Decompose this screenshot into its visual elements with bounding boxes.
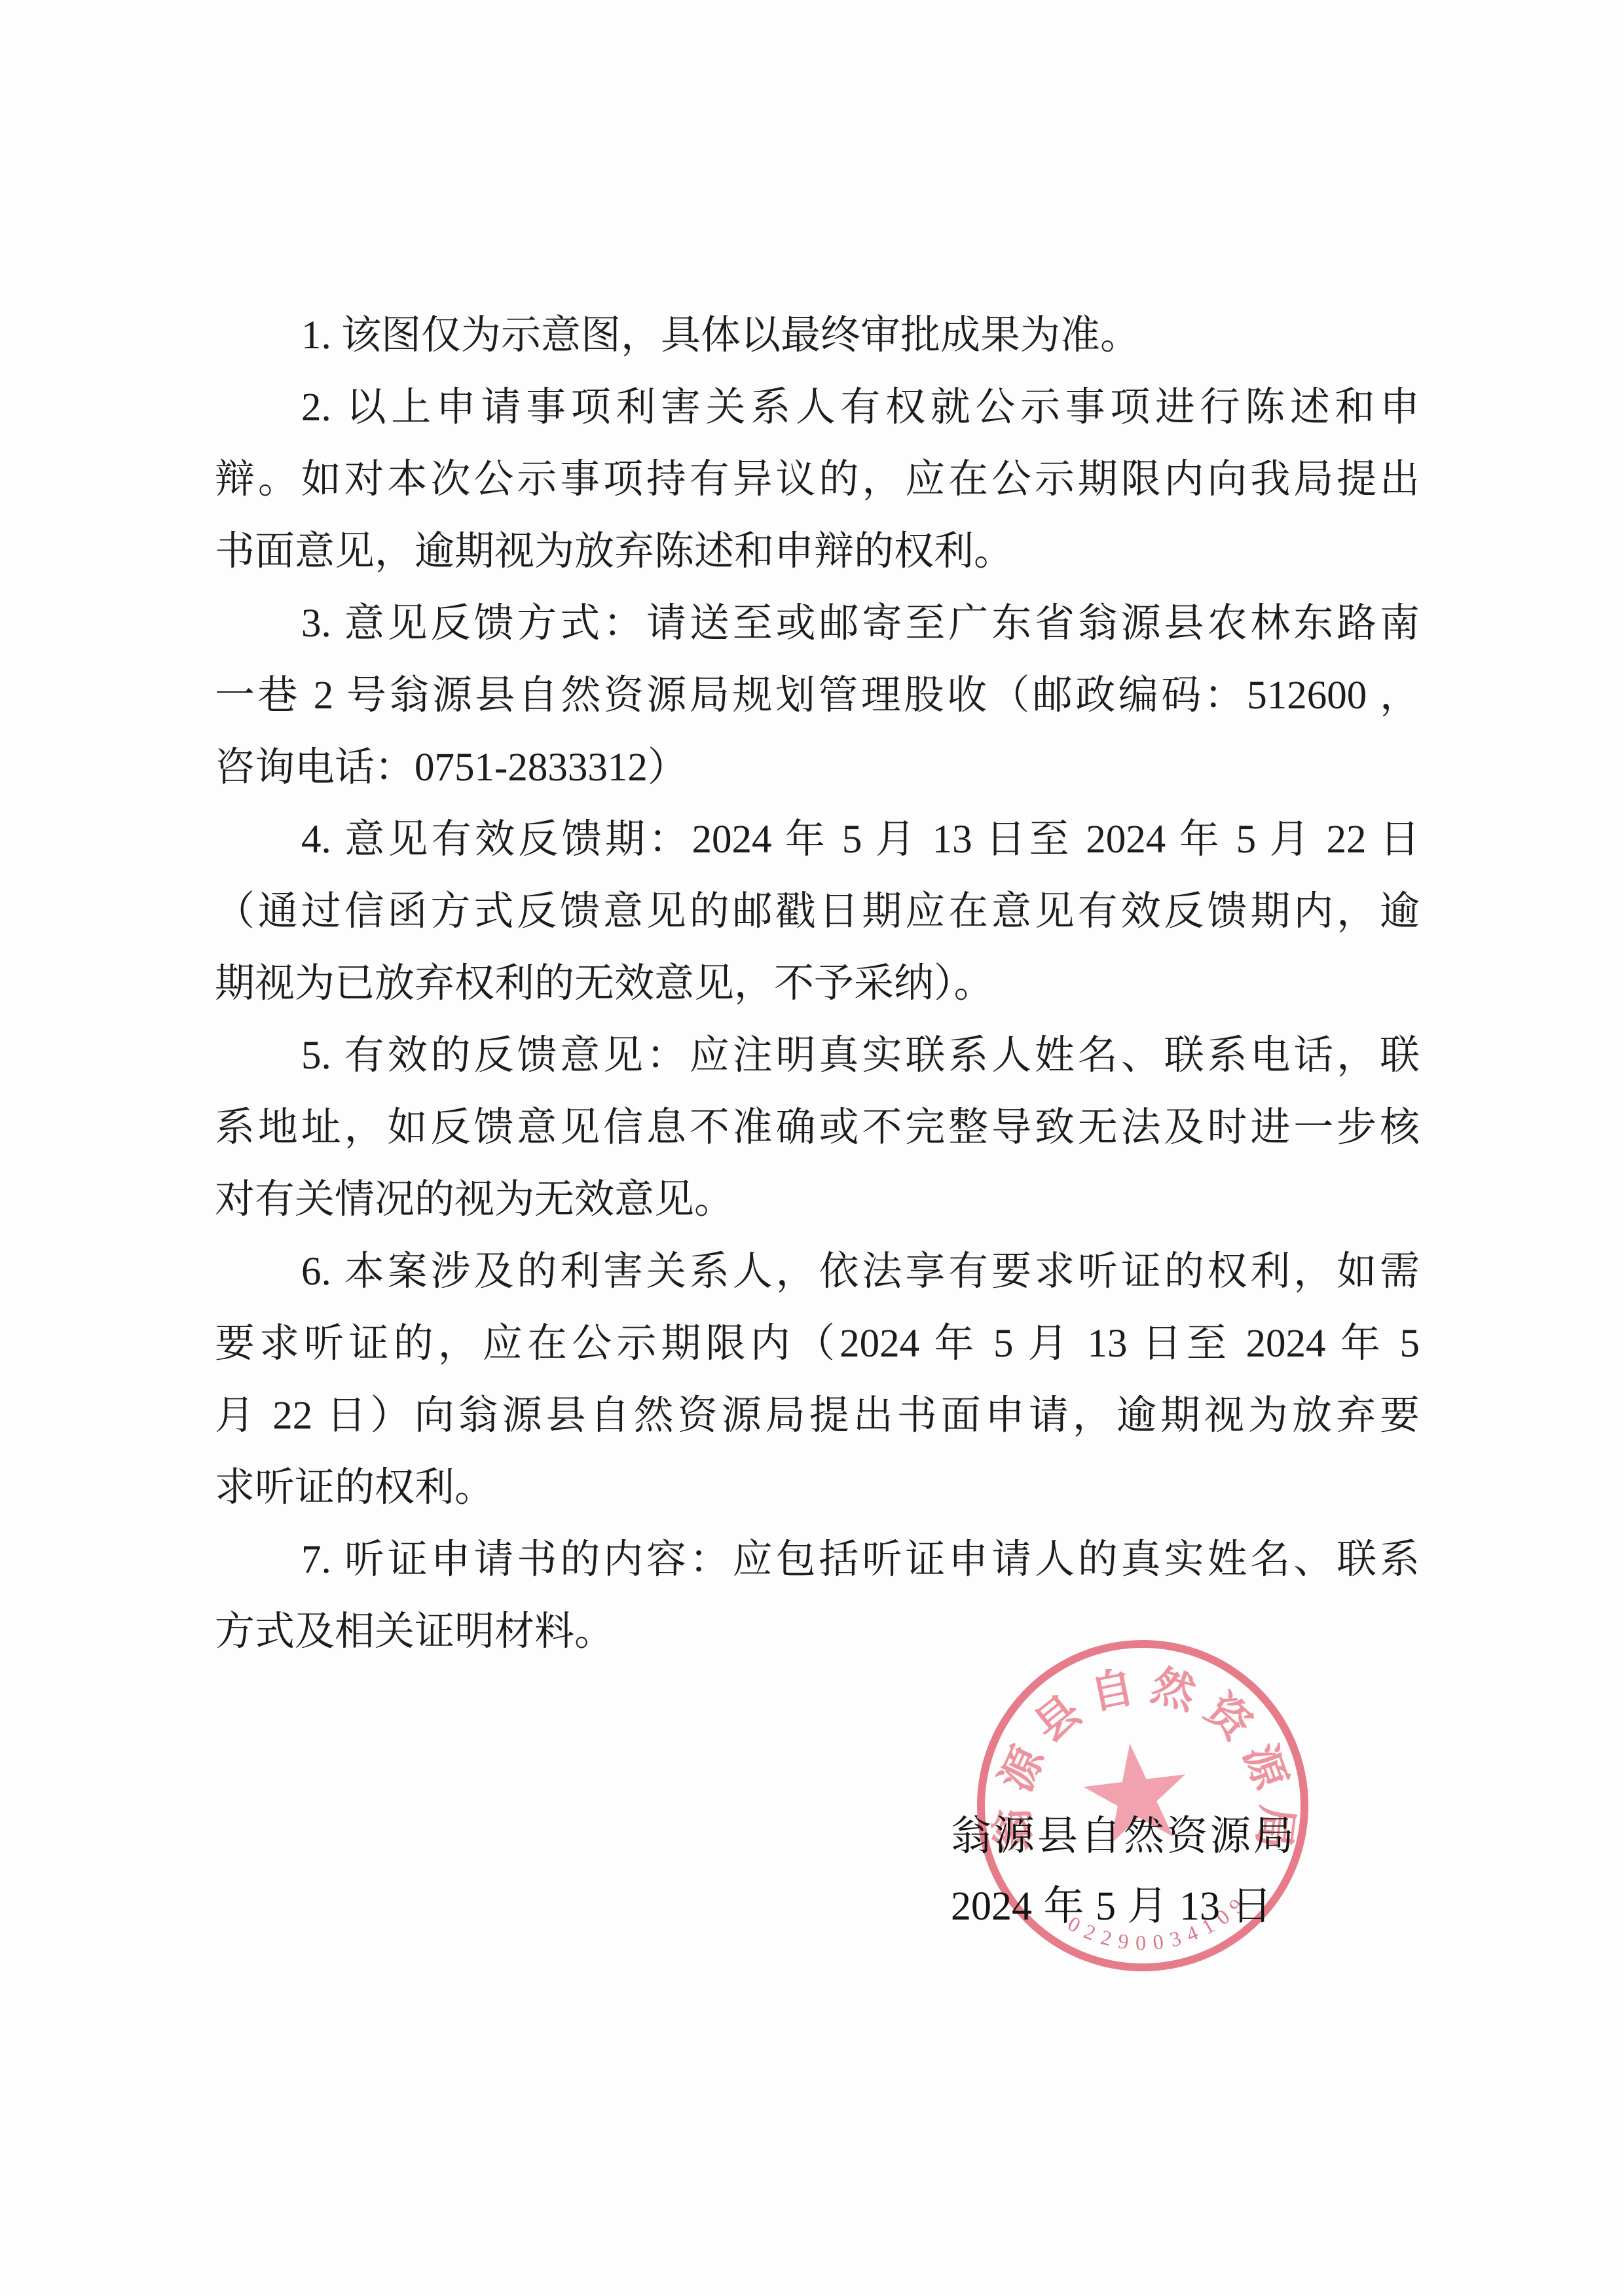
text-line: 要求听证的，应在公示期限内（2024 年 5 月 13 日至 2024 年 5	[215, 1308, 1420, 1380]
text-line: 月 22 日）向翁源县自然资源局提出书面申请，逾期视为放弃要	[215, 1380, 1420, 1452]
text-line: 4. 意见有效反馈期：2024 年 5 月 13 日至 2024 年 5 月 2…	[215, 804, 1420, 876]
text-line: 求听证的权利。	[215, 1452, 1420, 1524]
text-line: 6. 本案涉及的利害关系人，依法享有要求听证的权利，如需	[215, 1236, 1420, 1308]
text-line: 书面意见，逾期视为放弃陈述和申辩的权利。	[215, 516, 1420, 588]
text-line: 对有关情况的视为无效意见。	[215, 1164, 1420, 1236]
text-line: （通过信函方式反馈意见的邮戳日期应在意见有效反馈期内，逾	[215, 876, 1420, 948]
text-line: 7. 听证申请书的内容：应包括听证申请人的真实姓名、联系	[215, 1524, 1420, 1596]
document-page: 1. 该图仅为示意图，具体以最终审批成果为准。2. 以上申请事项利害关系人有权就…	[0, 0, 1624, 2296]
text-line: 2. 以上申请事项利害关系人有权就公示事项进行陈述和申	[215, 372, 1420, 444]
text-line: 1. 该图仅为示意图，具体以最终审批成果为准。	[215, 300, 1420, 372]
text-line: 5. 有效的反馈意见：应注明真实联系人姓名、联系电话，联	[215, 1020, 1420, 1092]
signature-date: 2024 年 5 月 13 日	[951, 1874, 1272, 1939]
text-line: 咨询电话：0751-2833312）	[215, 732, 1420, 804]
text-line: 一巷 2 号翁源县自然资源局规划管理股收（邮政编码：512600 ，	[215, 660, 1420, 732]
text-line: 系地址，如反馈意见信息不准确或不完整导致无法及时进一步核	[215, 1092, 1420, 1164]
text-line: 辩。如对本次公示事项持有异议的，应在公示期限内向我局提出	[215, 444, 1420, 516]
text-line: 期视为已放弃权利的无效意见，不予采纳）。	[215, 948, 1420, 1020]
signature-agency: 翁源县自然资源局	[951, 1804, 1297, 1869]
text-line: 3. 意见反馈方式：请送至或邮寄至广东省翁源县农林东路南	[215, 588, 1420, 660]
text-body: 1. 该图仅为示意图，具体以最终审批成果为准。2. 以上申请事项利害关系人有权就…	[215, 300, 1420, 1668]
